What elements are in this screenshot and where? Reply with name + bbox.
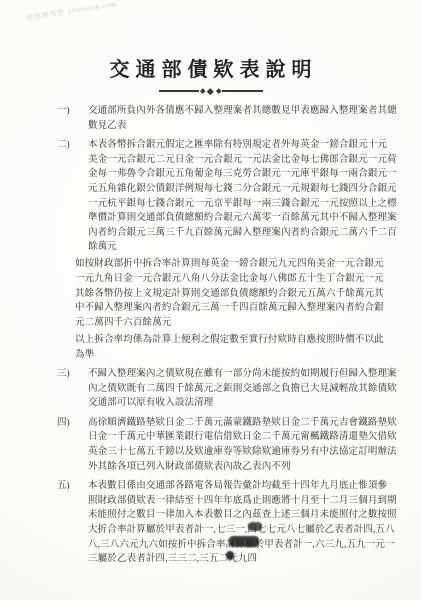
divider-line-right — [222, 90, 262, 92]
text-line: 一元杭平銀每七錢合銀元一元京平銀每一兩三錢合銀元一元按照以上之標 — [88, 197, 395, 212]
item-marker: 五) — [57, 479, 88, 494]
item-content: 本表各幣拆合銀元假定之匯率除有特別規定者外每英金一鎊合銀元十元 美金一元合銀元二… — [88, 138, 395, 362]
text-line: 交通部可以原有收入設法清理 — [88, 396, 395, 411]
text-line: 元五角雜化銀公債銀洋例規每七錢二分合銀元一元規銀每七錢四分合銀元 — [88, 182, 395, 197]
list-item-1: 一) 交通部所負內外各債應不歸入整理案者其總數見甲表應歸入整理案者其總 數見乙表 — [57, 104, 395, 133]
item-content: 高徐順濟鐵路墊欵日金二千萬元滿蒙鐵路墊欵日金二千萬元吉會鐵路墊欵 日金一千萬元中… — [88, 416, 395, 474]
paragraph: 交通部所負內外各債應不歸入整理案者其總數見甲表應歸入整理案者其總 數見乙表 — [88, 104, 395, 133]
list-item-2: 二) 本表各幣拆合銀元假定之匯率除有特別規定者外每英金一鎊合銀元十元 美金一元合… — [57, 138, 395, 362]
item-marker: 三) — [57, 367, 88, 382]
paragraph: 本表各幣拆合銀元假定之匯率除有特別規定者外每英金一鎊合銀元十元 美金一元合銀元二… — [88, 138, 395, 255]
text-line: 三屬於乙表者計四,三三二,三五二元九四 — [88, 552, 395, 567]
text-line: 內之債欵既有二萬四千餘萬元之鉅則交通部之負擔已大見減輕故其餘債欵 — [88, 382, 395, 397]
page-title: 交通部債欵表說明 — [0, 53, 421, 82]
text-line: 其餘各幣仍按上文規定計算則交通部負債總額約合銀元五萬六千餘萬元其 — [75, 287, 395, 302]
text-line: 美金一元合銀元二元日金一元合銀元一元法金比金每七佛郎合銀元一元荷 — [88, 153, 395, 168]
diamond-icon — [207, 88, 213, 94]
paragraph: 如按財政部折中拆合率計算則每英金一鎊合銀元九元四角美金一元合銀元 一元九角日金一… — [75, 257, 395, 330]
text-line: 本表數目係由交通部各路電各局報告彙計均截至十四年九月底止惟須參 — [88, 479, 395, 494]
document-page: 时光图书馆 xlibbook.com 交通部債欵表說明 一) 交通部所負內外各債… — [0, 0, 421, 600]
item-content: 本表數目係由交通部各路電各局報告彙計均截至十四年九月底止惟須參 照財政部債欵表一… — [88, 479, 395, 567]
diamond-icon — [200, 89, 205, 94]
paragraph: 以上拆合率均係為計算上便利之假定數至實行付欵時自應按照時價不以此 為準 — [75, 333, 395, 362]
text-line: 金每一弗魯令合銀元五角葡金每三克勞合銀元一元庫平銀每一兩合銀元一 — [88, 167, 395, 182]
title-divider-ornament — [159, 88, 263, 94]
item-marker: 四) — [57, 416, 88, 431]
text-line: 元二萬四千六百餘萬元 — [75, 316, 395, 331]
text-line: 照財政部債欵表一律結至十四年年底爲止則應將十月至十二月三個月到期 — [88, 494, 395, 509]
text-line: 為準 — [75, 348, 395, 363]
text-line: 中不歸入整理案內者約合銀元三萬一千四百餘萬元歸入整理案內者約合銀 — [75, 301, 395, 316]
item-marker: 二) — [57, 138, 88, 153]
watermark: 时光图书馆 xlibbook.com — [26, 0, 118, 22]
text-line: 一元九角日金一元合銀元八角八分法金比金每八佛郎五十生丁合銀元一元 — [75, 272, 395, 287]
diamond-icon — [216, 89, 221, 94]
text-line: 以上拆合率均係為計算上便利之假定數至實行付欵時自應按照時價不以此 — [75, 333, 395, 348]
text-line: 本表各幣拆合銀元假定之匯率除有特別規定者外每英金一鎊合銀元十元 — [88, 138, 395, 153]
paragraph: 本表數目係由交通部各路電各局報告彙計均截至十四年九月底止惟須參 照財政部債欵表一… — [88, 479, 395, 567]
text-line: 餘萬元 — [88, 240, 395, 255]
list-item-4: 四) 高徐順濟鐵路墊欵日金二千萬元滿蒙鐵路墊欵日金二千萬元吉會鐵路墊欵 日金一千… — [57, 416, 395, 474]
ink-smudge — [229, 536, 259, 547]
text-line: 英金三十七萬五千鎊以及欵逾庫券等欵除欵逾庫券另有中法協定訂明辦法 — [88, 445, 395, 460]
text-line: 準價計算則交通部負債總額約合銀元六萬零一百餘萬元其中不歸入整理案 — [88, 211, 395, 226]
item-marker: 一) — [57, 104, 88, 119]
text-line: 外其餘各項已列入財政部債欵表內故乙表內不列 — [88, 460, 395, 475]
paragraph: 不歸入整理案內之債欵現在雖有一部分尚未能按約如期履行但歸入整理案 內之債欵既有二… — [88, 367, 395, 411]
text-line: 內者約合銀元三萬三千九百餘萬元歸入整理案內者約合銀元二萬六千二百 — [88, 226, 395, 241]
text-line: 未能照付之數目一律加入本表數目之內茲查上述三個月未能照付之數按照 — [88, 508, 395, 523]
divider-line-left — [159, 90, 199, 92]
text-line: 日金一千萬元中華匯業銀行電信借欵日金二千萬元甯楓鐵路清還墊欠借欵 — [88, 430, 395, 445]
ink-smudge — [226, 551, 234, 560]
document-body: 一) 交通部所負內外各債應不歸入整理案者其總數見甲表應歸入整理案者其總 數見乙表… — [57, 104, 395, 567]
list-item-3: 三) 不歸入整理案內之債欵現在雖有一部分尚未能按約如期履行但歸入整理案 內之債欵… — [57, 367, 395, 411]
paragraph: 高徐順濟鐵路墊欵日金二千萬元滿蒙鐵路墊欵日金二千萬元吉會鐵路墊欵 日金一千萬元中… — [88, 416, 395, 474]
text-line: 交通部所負內外各債應不歸入整理案者其總數見甲表應歸入整理案者其總 — [88, 104, 395, 119]
text-line: 高徐順濟鐵路墊欵日金二千萬元滿蒙鐵路墊欵日金二千萬元吉會鐵路墊欵 — [88, 416, 395, 431]
text-line: 數見乙表 — [88, 119, 395, 134]
item-content: 不歸入整理案內之債欵現在雖有一部分尚未能按約如期履行但歸入整理案 內之債欵既有二… — [88, 367, 395, 411]
text-line: 如按財政部折中拆合率計算則每英金一鎊合銀元九元四角美金一元合銀元 — [75, 257, 395, 272]
item-content: 交通部所負內外各債應不歸入整理案者其總數見甲表應歸入整理案者其總 數見乙表 — [88, 104, 395, 133]
ink-smudge — [248, 522, 262, 531]
text-line: 不歸入整理案內之債欵現在雖有一部分尚未能按約如期履行但歸入整理案 — [88, 367, 395, 382]
